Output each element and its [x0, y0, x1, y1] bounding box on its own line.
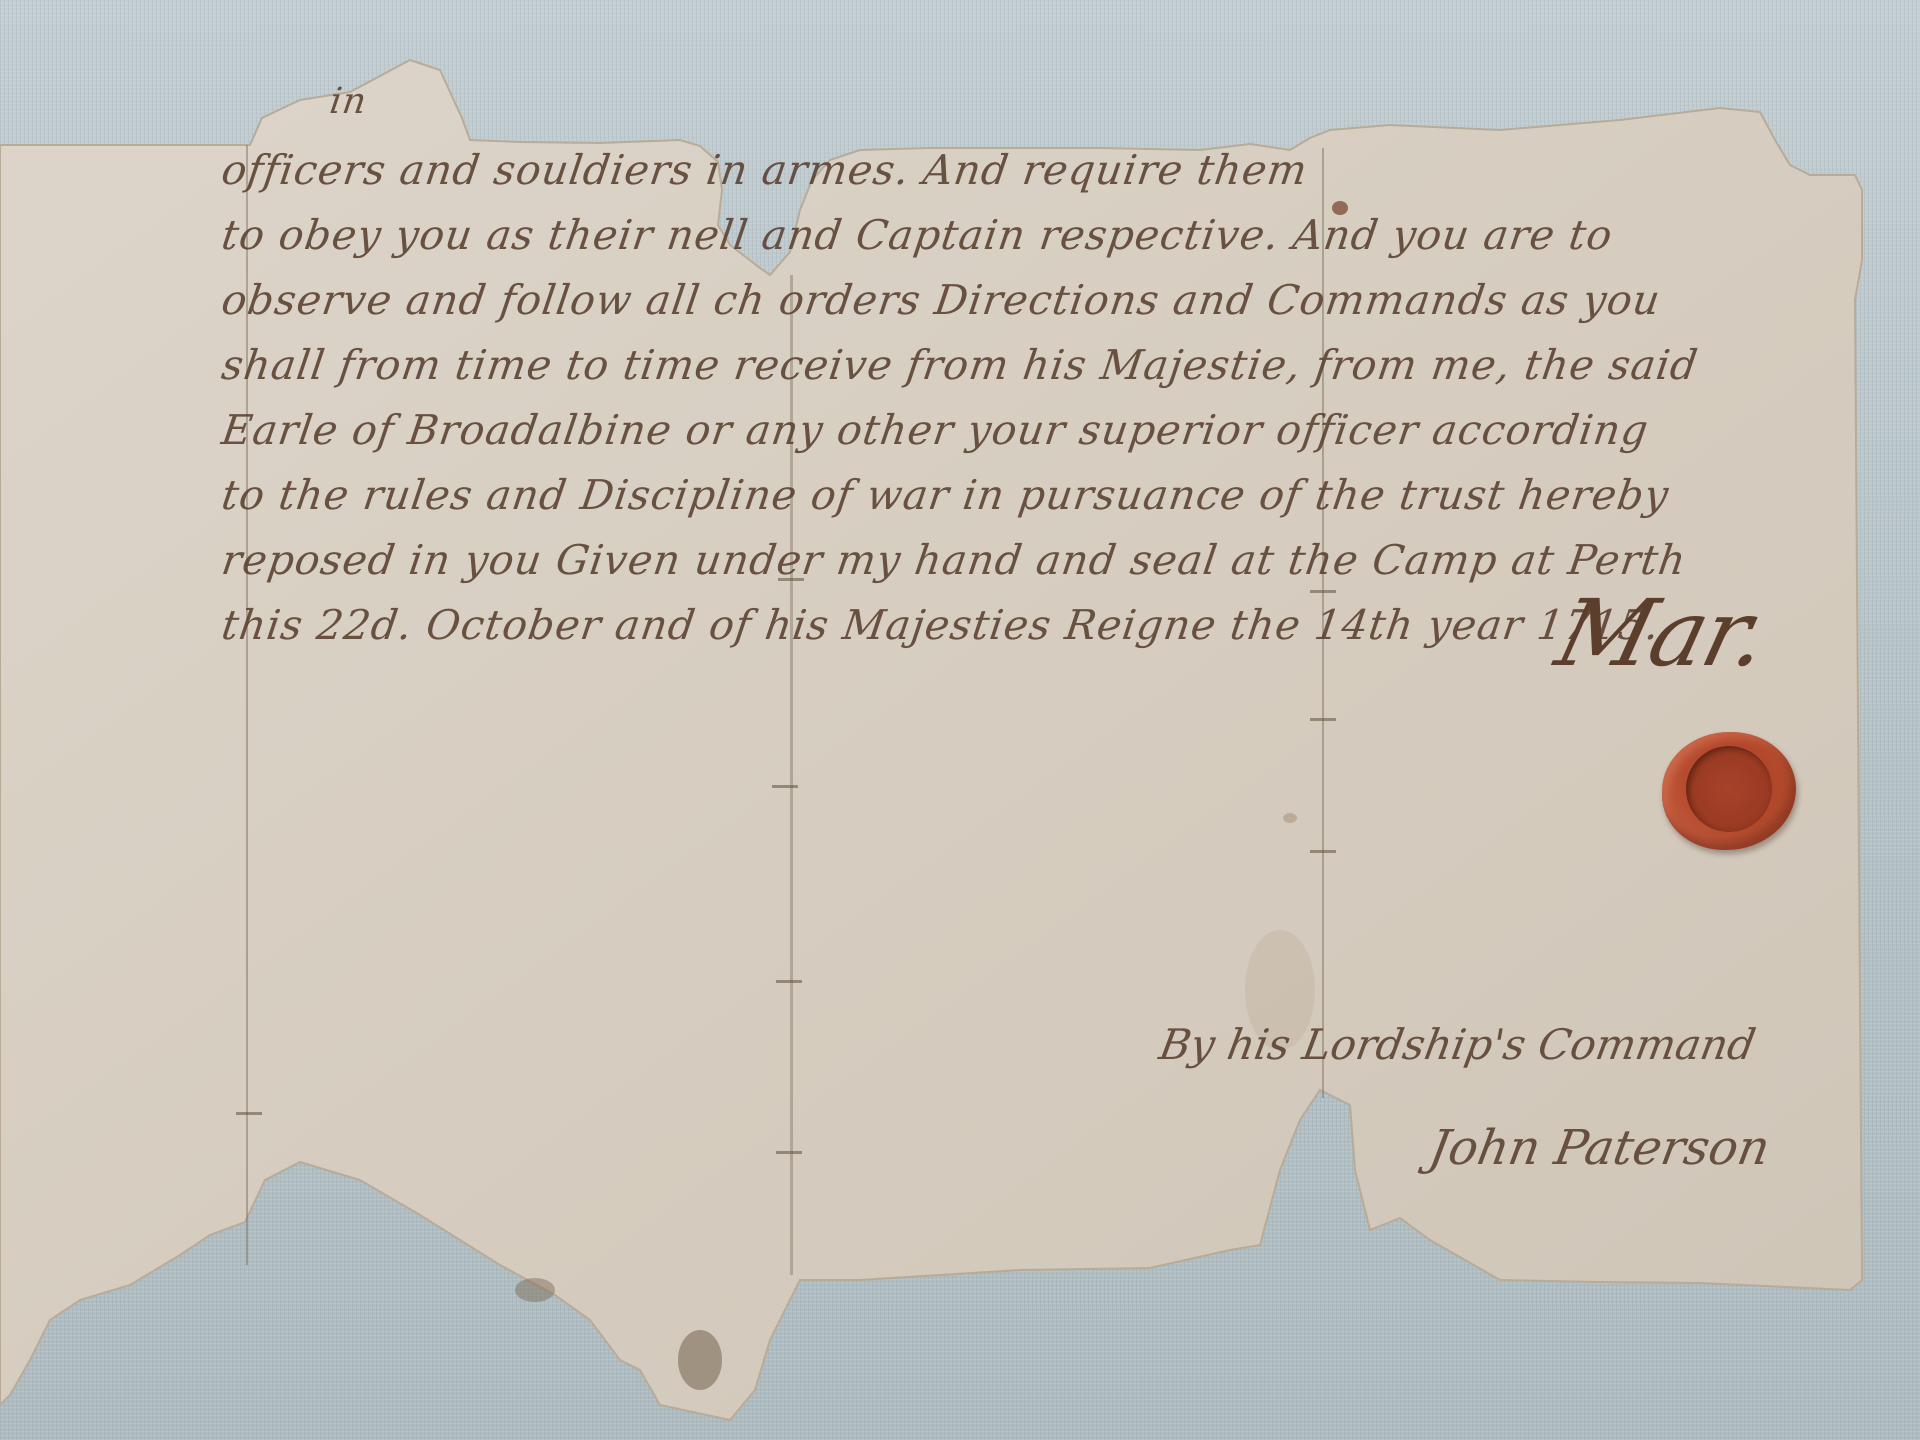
- text-line-1: officers and souldiers in armes. And req…: [219, 150, 1310, 191]
- text-line-5: Earle of Broadalbine or any other your s…: [219, 410, 1651, 451]
- text-line-8: this 22d. October and of his Majesties R…: [219, 605, 1663, 646]
- countersign-name: John Paterson: [1425, 1120, 1774, 1176]
- document-photograph: in officers and souldiers in armes. And …: [0, 0, 1920, 1440]
- text-line-4: shall from time to time receive from his…: [219, 345, 1701, 386]
- signature-mar: Mar.: [1547, 580, 1778, 687]
- text-line-7: reposed in you Given under my hand and s…: [219, 540, 1689, 581]
- text-line-6: to the rules and Discipline of war in pu…: [219, 475, 1671, 516]
- text-line-3: observe and follow all ch orders Directi…: [219, 280, 1663, 321]
- wax-seal-impression: [1686, 746, 1772, 832]
- text-line-2: to obey you as their nell and Captain re…: [219, 215, 1615, 256]
- manuscript-text: in officers and souldiers in armes. And …: [0, 0, 1920, 1440]
- text-top-fragment: in: [327, 84, 369, 120]
- countersign-command: By his Lordship's Command: [1156, 1020, 1760, 1069]
